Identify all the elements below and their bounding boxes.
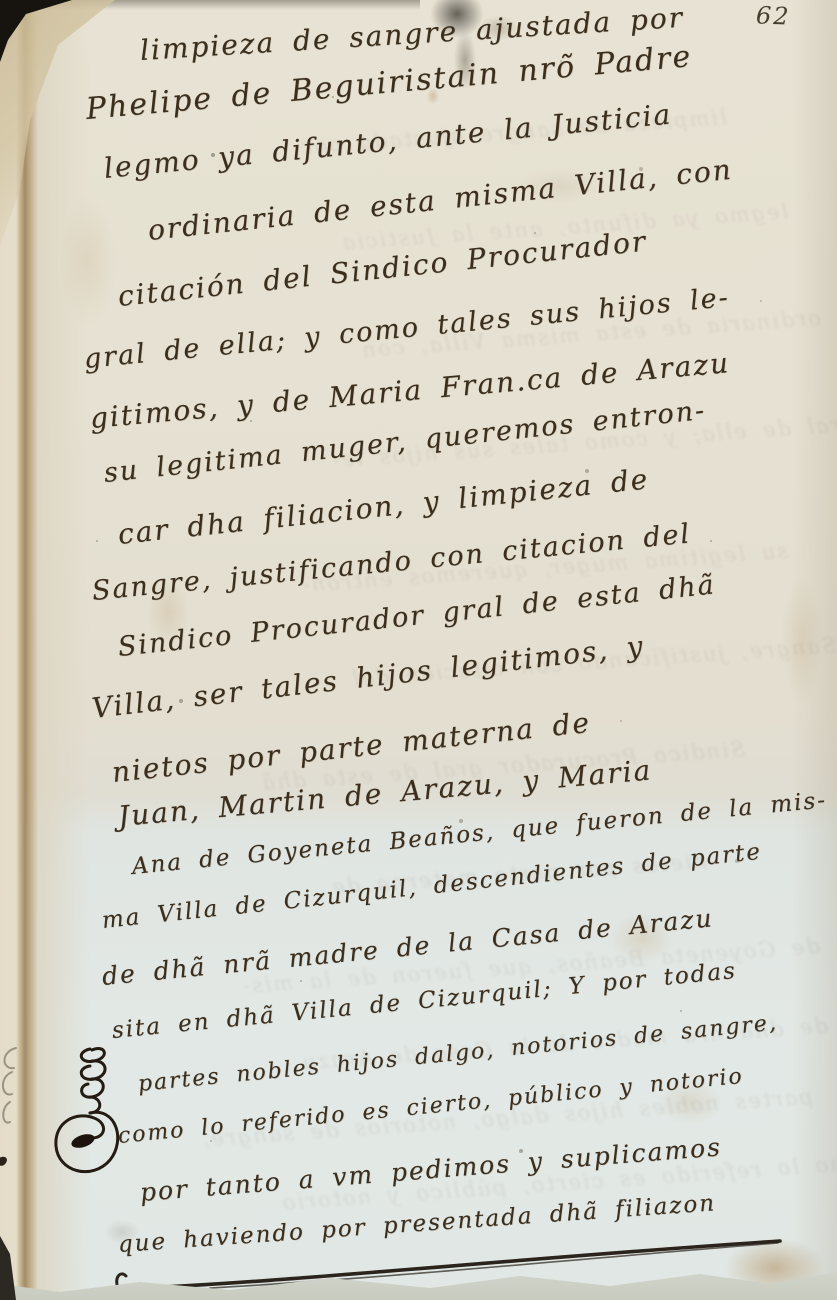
manuscript-page: limpieza de sangre ajustada porlegmo ya … xyxy=(0,0,837,1300)
pen-flourish-icon xyxy=(46,1042,130,1222)
margin-mark-icon xyxy=(0,1040,22,1210)
